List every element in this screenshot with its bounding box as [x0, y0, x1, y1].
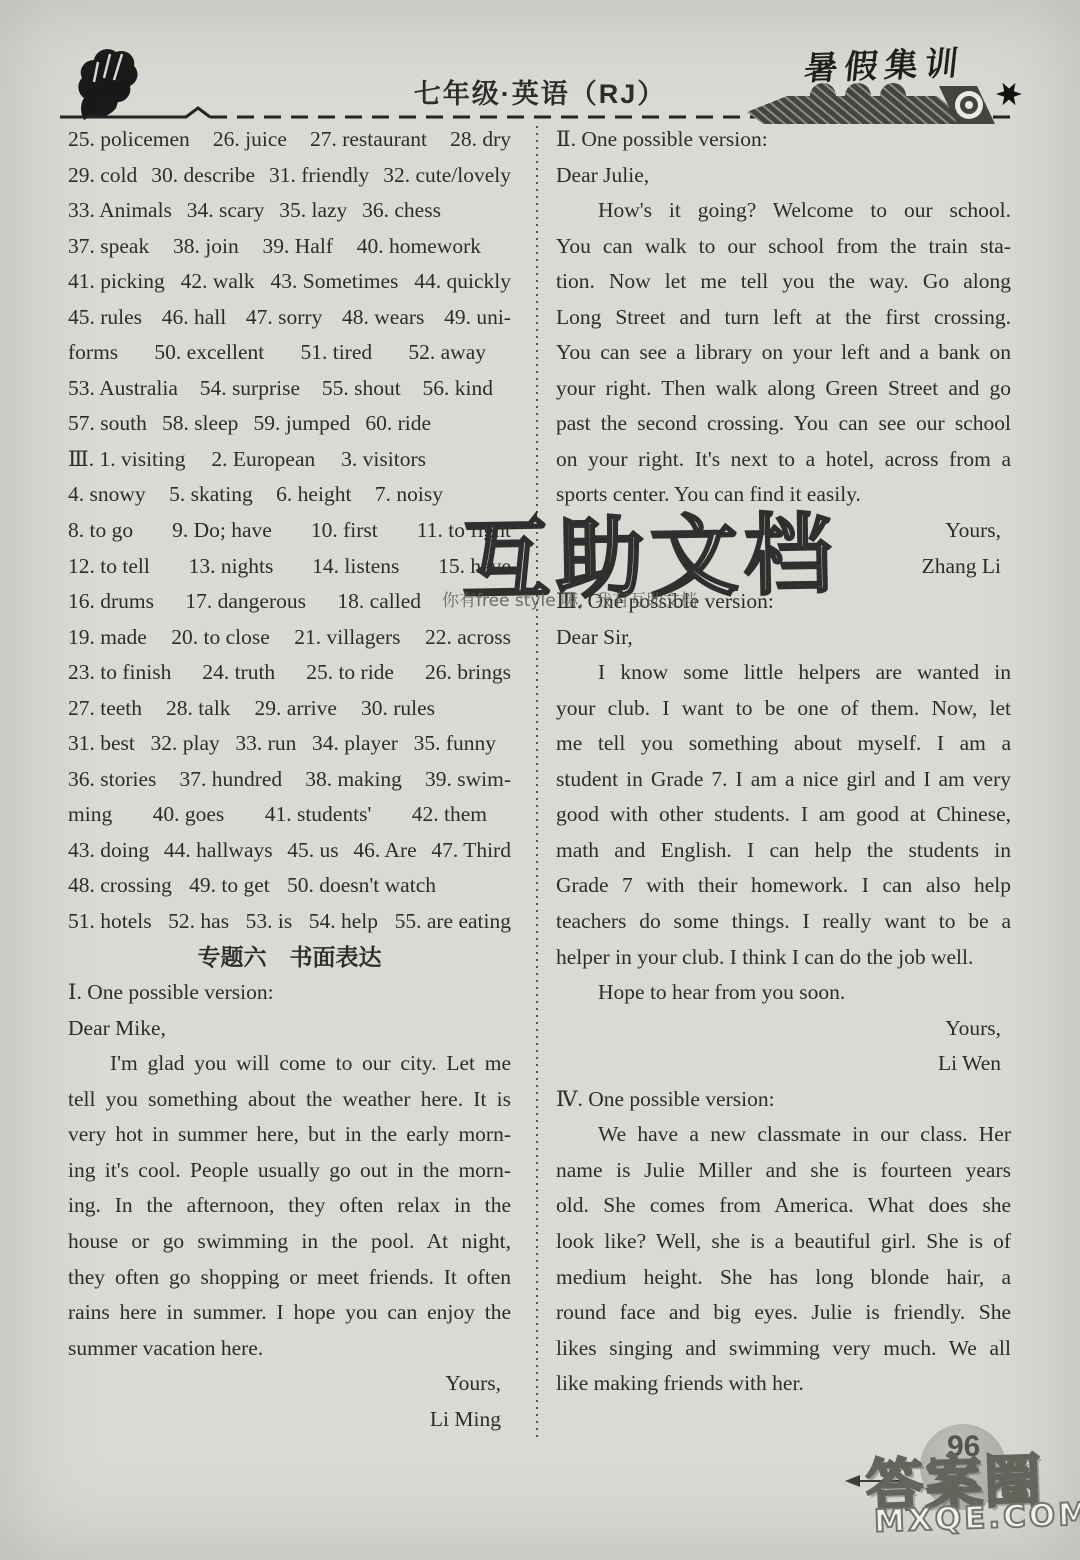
answer-item: 23. to finish [68, 655, 171, 691]
answer-item: 37. hundred [179, 762, 282, 798]
answer-item: ming [68, 797, 112, 833]
essay-line: old. She comes from America. What does s… [556, 1188, 1011, 1224]
answer-item: 32. cute/lovely [383, 158, 511, 194]
answer-item: 36. chess [362, 193, 441, 229]
answer-row: 31. best32. play33. run34. player35. fun… [68, 726, 511, 762]
answer-row: 27. teeth28. talk29. arrive30. rules [68, 691, 511, 727]
answer-item: 29. arrive [255, 691, 337, 727]
essay-line: sports center. You can find it easily. [556, 477, 1011, 513]
text-line: Ⅱ. One possible version: [556, 122, 1011, 158]
answer-row: 53. Australia54. surprise55. shout56. ki… [68, 371, 511, 407]
essay-line: rains here in summer. I hope you can enj… [68, 1295, 511, 1331]
answer-item: 43. doing [68, 833, 149, 869]
answer-item: 24. truth [202, 655, 275, 691]
site-url: MXQE.COM [873, 1496, 1080, 1540]
answer-item: 42. them [412, 797, 487, 833]
answer-row: 33. Animals34. scary35. lazy36. chess [68, 193, 511, 229]
essay-line: Grade 7 with their homework. I can also … [556, 868, 1011, 904]
answer-item: 46. hall [162, 300, 227, 336]
answer-item: 35. funny [414, 726, 496, 762]
answer-row: 16. drums17. dangerous18. called [68, 584, 511, 620]
essay-line: round face and big eyes. Julie is friend… [556, 1295, 1011, 1331]
answer-item: 3. visitors [341, 442, 426, 478]
answer-item: 20. to close [171, 620, 270, 656]
essay-line: I know some little helpers are wanted in [556, 655, 1011, 691]
answer-row: 25. policemen26. juice27. restaurant28. … [68, 122, 511, 158]
essay-line: Long Street and turn left at the first c… [556, 300, 1011, 336]
signature-line: Li Wen [556, 1046, 1011, 1082]
text-line: Dear Mike, [68, 1011, 511, 1047]
answer-item: 21. villagers [294, 620, 400, 656]
answer-row: 19. made20. to close21. villagers22. acr… [68, 620, 511, 656]
answer-item: 10. first [311, 513, 378, 549]
answer-item: 17. dangerous [185, 584, 306, 620]
essay-line: name is Julie Miller and she is fourteen… [556, 1153, 1011, 1189]
answer-row: 12. to tell13. nights14. listens15. have [68, 549, 511, 585]
answer-item: 34. scary [187, 193, 265, 229]
answer-item: 39. Half [263, 229, 333, 265]
signature-line: Yours, [556, 513, 1011, 549]
essay-line: good with other students. I am good at C… [556, 797, 1011, 833]
answer-item: 30. describe [151, 158, 255, 194]
answer-item: 25. policemen [68, 122, 190, 158]
essay-line: You can see a library on your left and a… [556, 335, 1011, 371]
answer-item: 55. are eating [395, 904, 511, 940]
answer-row: 41. picking42. walk43. Sometimes44. quic… [68, 264, 511, 300]
banner-beam [747, 96, 973, 124]
answer-item: 8. to go [68, 513, 133, 549]
answer-row: 45. rules46. hall47. sorry48. wears49. u… [68, 300, 511, 336]
answer-item: 56. kind [422, 371, 492, 407]
answer-item: 31. best [68, 726, 135, 762]
answer-item: 32. play [151, 726, 220, 762]
essay-line: student in Grade 7. I am a nice girl and… [556, 762, 1011, 798]
essay-line: teachers do some things. I really want t… [556, 904, 1011, 940]
answer-item: 51. hotels [68, 904, 152, 940]
answer-row: 23. to finish24. truth25. to ride26. bri… [68, 655, 511, 691]
answer-item: 54. surprise [200, 371, 300, 407]
answer-item: 53. Australia [68, 371, 178, 407]
essay-line: past the second crossing. You can see ou… [556, 406, 1011, 442]
essay-line: likes singing and swimming very much. We… [556, 1331, 1011, 1367]
answer-item: 30. rules [361, 691, 435, 727]
answer-row: 43. doing44. hallways45. us46. Are47. Th… [68, 833, 511, 869]
target-icon [955, 91, 983, 119]
answer-item: 38. join [173, 229, 239, 265]
answer-row: 48. crossing49. to get50. doesn't watch [68, 868, 511, 904]
answer-item: 41. picking [68, 264, 165, 300]
essay-line: tell you something about the weather her… [68, 1082, 511, 1118]
answer-row: 51. hotels52. has53. is54. help55. are e… [68, 904, 511, 940]
answer-item: 15. have [438, 549, 511, 585]
answer-row: 37. speak38. join39. Half40. homework [68, 229, 511, 265]
essay-line: summer vacation here. [68, 1331, 511, 1367]
essay-line: I'm glad you will come to our city. Let … [68, 1046, 511, 1082]
answer-row: Ⅲ. 1. visiting2. European3. visitors [68, 442, 511, 478]
answer-item: 39. swim- [425, 762, 511, 798]
essay-line: You can walk to our school from the trai… [556, 229, 1011, 265]
answer-item: 12. to tell [68, 549, 150, 585]
answer-item: 38. making [305, 762, 402, 798]
answer-item: 11. to fight [417, 513, 511, 549]
answer-item: 55. shout [322, 371, 401, 407]
answer-item: 37. speak [68, 229, 149, 265]
answer-item: 40. goes [153, 797, 225, 833]
answer-row: 36. stories37. hundred38. making39. swim… [68, 762, 511, 798]
answer-item: 6. height [276, 477, 351, 513]
answer-item: 33. run [235, 726, 296, 762]
answer-item: forms [68, 335, 118, 371]
answer-item: 29. cold [68, 158, 137, 194]
answer-item: 48. crossing [68, 868, 172, 904]
essay-line: helper in your club. I think I can do th… [556, 940, 1011, 976]
essay-line: Hope to hear from you soon. [556, 975, 1011, 1011]
essay-line: math and English. I can help the student… [556, 833, 1011, 869]
answer-item: Ⅲ. 1. visiting [68, 442, 186, 478]
answer-item: 58. sleep [162, 406, 238, 442]
answer-item: 42. walk [181, 264, 255, 300]
answer-row: 29. cold30. describe31. friendly32. cute… [68, 158, 511, 194]
right-column: Ⅱ. One possible version:Dear Julie,How's… [556, 122, 1011, 1402]
answer-item: 9. Do; have [172, 513, 272, 549]
signature-line: Yours, [556, 1011, 1011, 1047]
answer-item: 47. sorry [246, 300, 322, 336]
essay-line: like making friends with her. [556, 1366, 1011, 1402]
answer-item: 45. rules [68, 300, 142, 336]
answer-item: 47. Third [431, 833, 511, 869]
answer-item: 13. nights [189, 549, 274, 585]
answer-item: 60. ride [365, 406, 431, 442]
essay-line: look like? Well, she is a beautiful girl… [556, 1224, 1011, 1260]
section-heading: 专题六 书面表达 [68, 940, 511, 976]
left-column: 25. policemen26. juice27. restaurant28. … [68, 122, 511, 1437]
answer-item: 18. called [337, 584, 421, 620]
answer-item: 34. player [312, 726, 398, 762]
essay-line: ing it's cool. People usually go out in … [68, 1153, 511, 1189]
essay-line: on your right. It's next to a hotel, acr… [556, 442, 1011, 478]
answer-row: 8. to go9. Do; have10. first11. to fight [68, 513, 511, 549]
answer-item: 33. Animals [68, 193, 172, 229]
answer-item: 57. south [68, 406, 147, 442]
essay-line: your club. I want to be one of them. Now… [556, 691, 1011, 727]
brand-logo: 暑假集训 [745, 44, 1035, 128]
answer-item: 28. talk [166, 691, 231, 727]
answer-item: 2. European [211, 442, 315, 478]
answer-item: 52. has [168, 904, 229, 940]
essay-line: house or go swimming in the pool. At nig… [68, 1224, 511, 1260]
essay-line: tion. Now let me tell you the way. Go al… [556, 264, 1011, 300]
answer-item: 59. jumped [253, 406, 350, 442]
essay-line: How's it going? Welcome to our school. [556, 193, 1011, 229]
answer-item: 53. is [246, 904, 293, 940]
answer-item: 35. lazy [279, 193, 347, 229]
signature-line: Li Ming [68, 1402, 511, 1438]
essay-line: me tell you something about myself. I am… [556, 726, 1011, 762]
answer-item: 54. help [309, 904, 378, 940]
text-line: Ⅳ. One possible version: [556, 1082, 1011, 1118]
answer-item: 44. hallways [164, 833, 273, 869]
answer-row: 4. snowy5. skating6. height7. noisy [68, 477, 511, 513]
text-line: Dear Sir, [556, 620, 1011, 656]
signature-line: Yours, [68, 1366, 511, 1402]
answer-item: 48. wears [342, 300, 424, 336]
answer-item: 51. tired [300, 335, 372, 371]
essay-line: very hot in summer here, but in the earl… [68, 1117, 511, 1153]
answer-item: 45. us [287, 833, 338, 869]
answer-item: 4. snowy [68, 477, 146, 513]
answer-item: 36. stories [68, 762, 156, 798]
answer-item: 40. homework [357, 229, 481, 265]
essay-line: medium height. She has long blonde hair,… [556, 1260, 1011, 1296]
essay-line: We have a new classmate in our class. He… [556, 1117, 1011, 1153]
answer-item: 5. skating [169, 477, 253, 513]
answer-item: 16. drums [68, 584, 154, 620]
answer-item: 52. away [408, 335, 486, 371]
starburst-icon [996, 83, 1022, 106]
column-divider [536, 126, 538, 1441]
workbook-page: 七年级·英语（RJ） 暑假集训 25. policemen26. ju [0, 0, 1080, 1560]
answer-item: 50. excellent [154, 335, 264, 371]
text-line: Ⅲ. One possible version: [556, 584, 1011, 620]
answer-item: 49. to get [189, 868, 270, 904]
answer-item: 43. Sometimes [271, 264, 399, 300]
answer-item: 27. restaurant [310, 122, 427, 158]
answer-row: 57. south58. sleep59. jumped60. ride [68, 406, 511, 442]
answer-item: 41. students' [265, 797, 372, 833]
answer-item: 14. listens [312, 549, 399, 585]
signature-line: Zhang Li [556, 549, 1011, 585]
answer-item: 26. juice [213, 122, 287, 158]
essay-line: they often go shopping or meet friends. … [68, 1260, 511, 1296]
answer-item: 50. doesn't watch [287, 868, 436, 904]
answer-item: 49. uni- [444, 300, 511, 336]
answer-item: 31. friendly [269, 158, 369, 194]
essay-line: ing. In the afternoon, they often relax … [68, 1188, 511, 1224]
text-line: Dear Julie, [556, 158, 1011, 194]
answer-item: 26. brings [425, 655, 511, 691]
answer-item: 46. Are [353, 833, 416, 869]
answer-item: 28. dry [450, 122, 511, 158]
answer-item: 27. teeth [68, 691, 142, 727]
answer-item: 7. noisy [375, 477, 443, 513]
answer-item: 44. quickly [414, 264, 511, 300]
text-line: Ⅰ. One possible version: [68, 975, 511, 1011]
answer-item: 22. across [425, 620, 511, 656]
answer-item: 19. made [68, 620, 147, 656]
answer-item: 25. to ride [306, 655, 394, 691]
answer-row: forms50. excellent51. tired52. away [68, 335, 511, 371]
essay-line: your right. Then walk along Green Street… [556, 371, 1011, 407]
answer-row: ming40. goes41. students'42. them [68, 797, 511, 833]
